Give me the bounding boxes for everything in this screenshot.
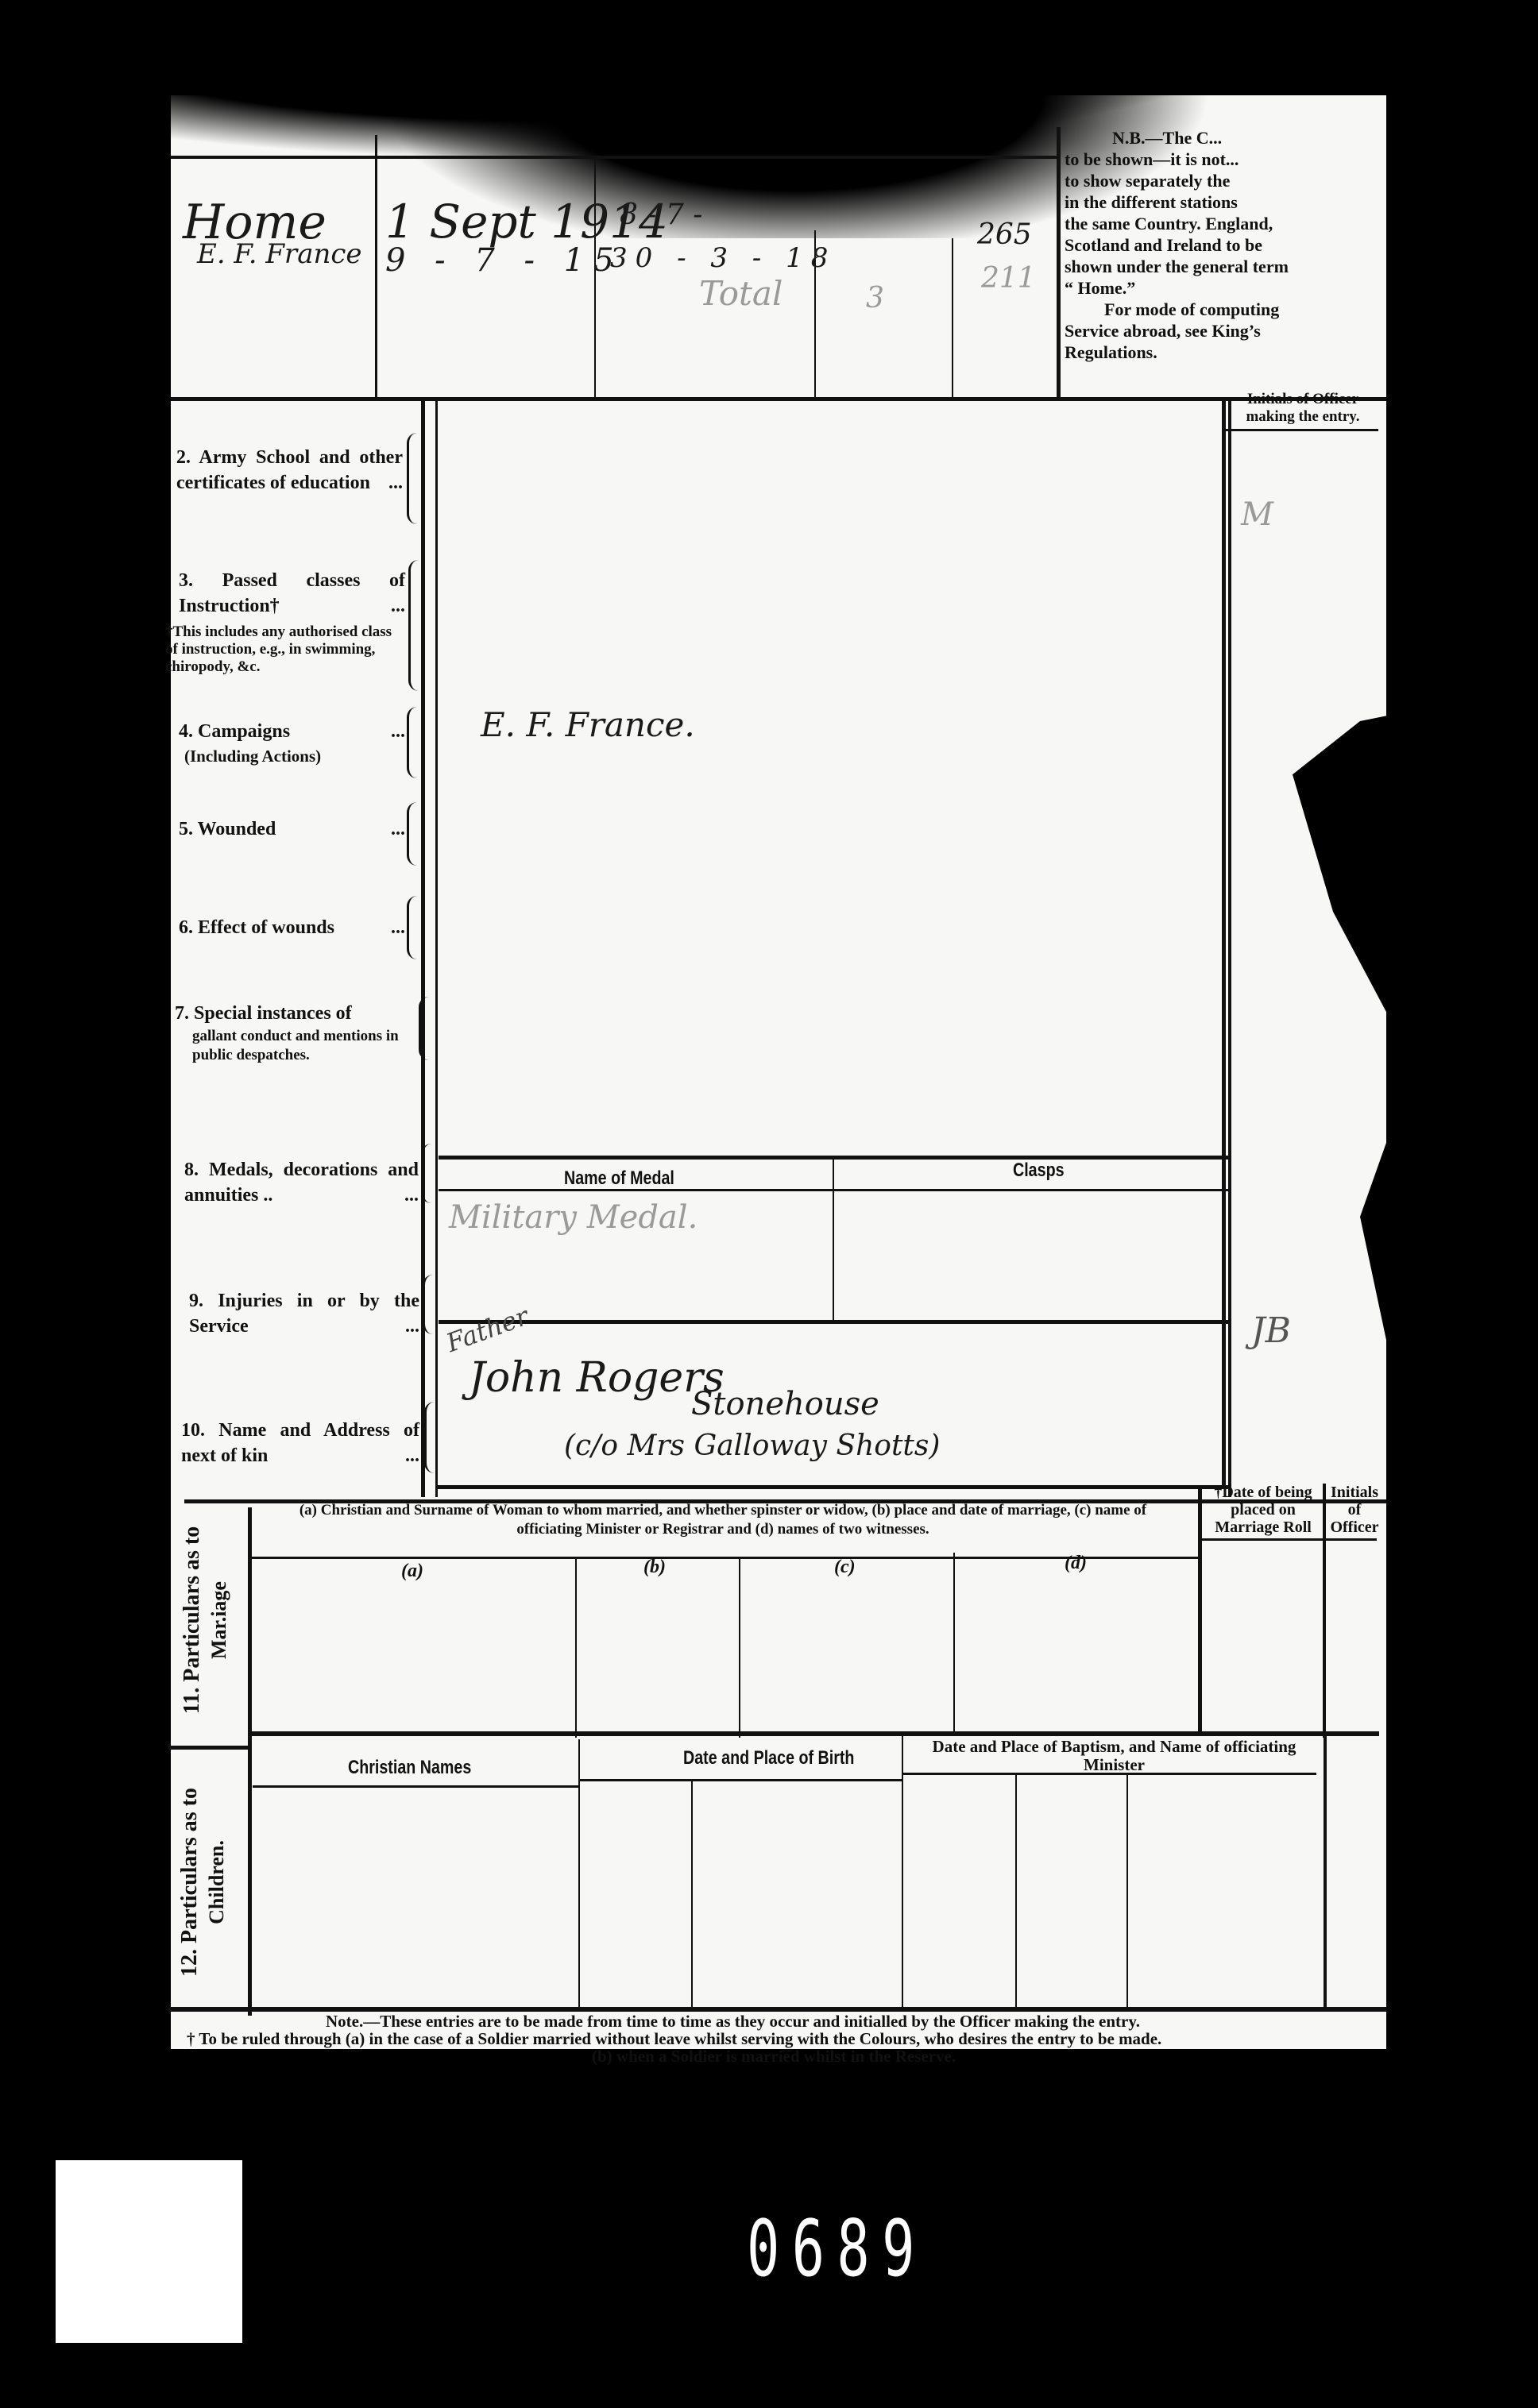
nb-line: Scotland and Ireland to be bbox=[1065, 234, 1382, 256]
kin-name: John Rogers bbox=[469, 1354, 725, 1402]
col-d: (d) bbox=[1065, 1553, 1087, 1574]
children-header-rule bbox=[903, 1773, 1316, 1775]
children-right-border bbox=[1324, 1735, 1327, 2009]
nb-line: the same Country. England, bbox=[1065, 213, 1382, 234]
initials-mark: JB bbox=[1251, 1310, 1291, 1351]
marriage-roll-header: †Date of being placed on Marriage Roll bbox=[1200, 1484, 1327, 1536]
birth-header: Date and Place of Birth bbox=[683, 1747, 854, 1769]
children-col-divider bbox=[691, 1779, 693, 2009]
nb-line: Service abroad, see King’s bbox=[1065, 320, 1382, 342]
row-total-home: 265 bbox=[977, 218, 1032, 251]
brace bbox=[407, 896, 417, 959]
row-to-home: 8 - 7 - bbox=[620, 199, 702, 231]
total-days: 211 bbox=[981, 262, 1036, 295]
children-col-divider bbox=[1126, 1773, 1128, 2007]
initials-col2-divider bbox=[1323, 1484, 1326, 1738]
marriage-initials-header: Initials of Officer bbox=[1327, 1484, 1382, 1536]
kin-address-line2: (c/o Mrs Galloway Shotts) bbox=[564, 1430, 940, 1462]
brace bbox=[419, 997, 429, 1060]
label-wounded: 5. Wounded ... bbox=[179, 816, 405, 842]
campaigns-value: E. F. France. bbox=[481, 705, 695, 744]
nb-line: to be shown—it is not... bbox=[1065, 149, 1382, 170]
nb-line: N.B.—The C... bbox=[1065, 127, 1382, 149]
medals-col-divider bbox=[833, 1160, 834, 1322]
box-left bbox=[435, 401, 438, 1497]
campaigns-sublabel: (Including Actions) bbox=[184, 747, 321, 766]
frame-number: 0689 bbox=[747, 2204, 927, 2294]
children-header-rule bbox=[253, 1785, 578, 1788]
roll-header-rule bbox=[1202, 1538, 1377, 1541]
total-label: Total bbox=[699, 274, 783, 313]
col-divider bbox=[1057, 127, 1061, 401]
marriage-col-divider bbox=[575, 1557, 577, 1738]
white-card bbox=[56, 2160, 242, 2343]
marriage-section-label: 11. Particulars as to Mar.iage bbox=[179, 1505, 233, 1735]
medals-bottom-rule bbox=[439, 1320, 1228, 1324]
row-from-france: 9 - 7 - 15 bbox=[385, 242, 624, 279]
children-section-label: 12. Particulars as to Children. bbox=[176, 1767, 230, 1997]
col-a: (a) bbox=[401, 1561, 423, 1582]
footer-note-line3: (b) when a Soldier is married whilst in … bbox=[592, 2047, 956, 2066]
nb-line: to show separately the bbox=[1065, 170, 1382, 191]
total-years: 3 bbox=[866, 282, 884, 315]
col-divider bbox=[375, 135, 377, 397]
brace bbox=[423, 1275, 433, 1334]
label-education: 2. Army School and other certificates of… bbox=[176, 445, 403, 496]
marriage-header-rule bbox=[251, 1557, 1200, 1559]
baptism-header: Date and Place of Baptism, and Name of o… bbox=[906, 1738, 1323, 1774]
label-effect-of-wounds: 6. Effect of wounds ... bbox=[179, 915, 405, 940]
initials-header-rule bbox=[1223, 429, 1378, 431]
medal-name-header: Name of Medal bbox=[564, 1167, 674, 1190]
col-divider bbox=[952, 238, 953, 397]
nb-line: Regulations. bbox=[1065, 342, 1382, 363]
label-campaigns: 4. Campaigns ... bbox=[179, 719, 405, 744]
medal-name-value: Military Medal. bbox=[449, 1199, 698, 1236]
gallant-sublabel: gallant conduct and mentions in public d… bbox=[192, 1027, 407, 1065]
box-bottom bbox=[435, 1485, 1230, 1489]
col-b: (b) bbox=[643, 1557, 666, 1578]
children-header-rule bbox=[580, 1779, 902, 1781]
instruction-footnote: †This includes any authorised class of i… bbox=[165, 623, 408, 676]
brace bbox=[408, 560, 419, 691]
nb-line: “ Home.” bbox=[1065, 277, 1382, 299]
label-medals: 8. Medals, decorations and annuities .. … bbox=[184, 1157, 419, 1208]
children-top-rule bbox=[168, 1746, 248, 1750]
section-label-divider bbox=[248, 1507, 252, 2016]
label-injuries: 9. Injuries in or by the Service ... bbox=[189, 1288, 419, 1339]
row-country-france: E. F. France bbox=[197, 238, 362, 270]
children-col-divider bbox=[902, 1735, 903, 2009]
christian-names-header: Christian Names bbox=[348, 1757, 471, 1779]
nb-note: N.B.—The C... to be shown—it is not... t… bbox=[1065, 127, 1382, 363]
initials-header: Initials of Officer making the entry. bbox=[1227, 391, 1378, 426]
label-instruction: 3. Passed classes of Instruction† ... bbox=[179, 568, 405, 619]
brace bbox=[407, 802, 417, 866]
label-gallant-conduct: 7. Special instances of bbox=[175, 1001, 413, 1026]
row-to-france: 30 - 3 - 18 bbox=[610, 242, 836, 274]
nb-line: For mode of computing bbox=[1065, 299, 1382, 320]
labels-divider bbox=[421, 401, 425, 1497]
marriage-col-divider bbox=[739, 1557, 740, 1738]
nb-line: in the different stations bbox=[1065, 191, 1382, 213]
marriage-bottom-rule bbox=[251, 1731, 1379, 1736]
table-rule bbox=[171, 397, 1386, 401]
brace bbox=[407, 707, 417, 778]
kin-address-line1: Stonehouse bbox=[691, 1386, 879, 1422]
brace bbox=[421, 1144, 431, 1203]
col-c: (c) bbox=[834, 1557, 856, 1578]
children-col-divider bbox=[1015, 1773, 1017, 2007]
marriage-header: (a) Christian and Surname of Woman to wh… bbox=[266, 1501, 1180, 1539]
initials-mark: M bbox=[1241, 496, 1273, 533]
brace bbox=[424, 1402, 435, 1473]
clasps-header: Clasps bbox=[1013, 1160, 1065, 1182]
brace bbox=[407, 433, 417, 524]
marriage-col-divider bbox=[953, 1553, 955, 1735]
label-next-of-kin: 10. Name and Address of next of kin ... bbox=[181, 1418, 419, 1468]
table-rule bbox=[171, 156, 1061, 159]
nb-line: shown under the general term bbox=[1065, 256, 1382, 277]
box-right bbox=[1228, 401, 1231, 1497]
